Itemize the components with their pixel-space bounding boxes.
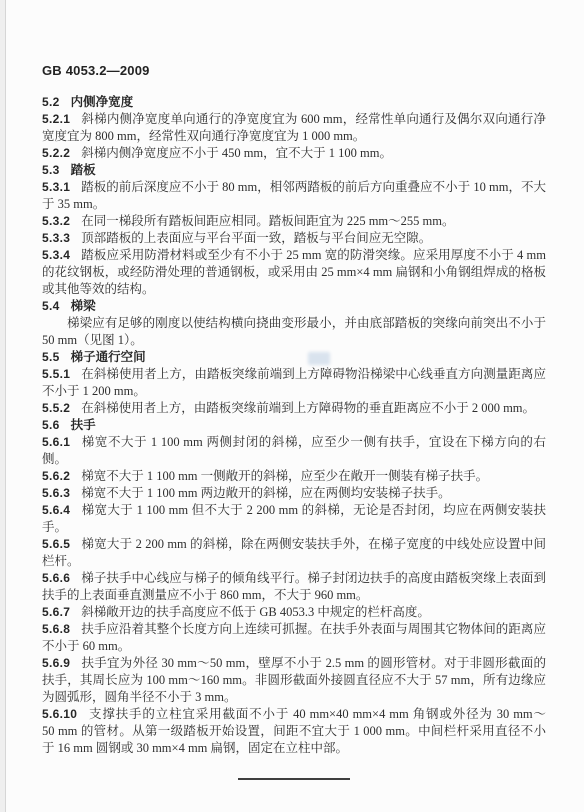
clause-number: 5.3.1 bbox=[42, 180, 70, 194]
clause-number: 5.6.10 bbox=[42, 707, 77, 721]
section-heading: 5.4梯梁 bbox=[42, 298, 546, 315]
clause: 5.6.8扶手应沿着其整个长度方向上连续可抓握。在扶手外表面与周围其它物体间的距… bbox=[42, 621, 546, 655]
paragraph: 梯梁应有足够的刚度以使结构横向挠曲变形最小，并由底部踏板的突缘向前突出不小于 5… bbox=[42, 315, 546, 349]
end-of-document-rule bbox=[238, 778, 350, 780]
clause: 5.2.1斜梯内侧净宽度单向通行的净宽度宜为 600 mm，经常性单向通行及偶尔… bbox=[42, 111, 546, 145]
clause: 5.6.7斜梯敞开边的扶手高度应不低于 GB 4053.3 中规定的栏杆高度。 bbox=[42, 604, 546, 621]
section-heading: 5.6扶手 bbox=[42, 417, 546, 434]
section-title: 梯子通行空间 bbox=[71, 350, 146, 364]
clause: 5.6.3梯宽不大于 1 100 mm 两边敞开的斜梯，应在两侧均安装梯子扶手。 bbox=[42, 485, 546, 502]
paragraph-text: 梯梁应有足够的刚度以使结构横向挠曲变形最小，并由底部踏板的突缘向前突出不小于 5… bbox=[42, 316, 546, 347]
clause: 5.5.2在斜梯使用者上方，由踏板突缘前端到上方障碍物的垂直距离应不小于 2 0… bbox=[42, 400, 546, 417]
clause-text: 梯宽大于 1 100 mm 但不大于 2 200 mm 的斜梯，无论是否封闭，均… bbox=[42, 503, 546, 534]
clause-number: 5.6.7 bbox=[42, 605, 70, 619]
clause-number: 5.5.2 bbox=[42, 401, 70, 415]
scan-edge bbox=[0, 0, 6, 812]
clause-text: 支撑扶手的立柱宜采用截面不小于 40 mm×40 mm×4 mm 角钢或外径为 … bbox=[42, 707, 546, 755]
clause: 5.6.2梯宽不大于 1 100 mm 一侧敞开的斜梯，应至少在敞开一侧装有梯子… bbox=[42, 468, 546, 485]
section-number: 5.6 bbox=[42, 418, 60, 432]
clause-number: 5.6.9 bbox=[42, 656, 70, 670]
clauses-container: 5.2内侧净宽度5.2.1斜梯内侧净宽度单向通行的净宽度宜为 600 mm，经常… bbox=[42, 94, 546, 757]
clause-text: 踏板应采用防滑材料或至少有不小于 25 mm 宽的防滑突缘。应采用厚度不小于 4… bbox=[42, 248, 546, 296]
clause-text: 在斜梯使用者上方，由踏板突缘前端到上方障碍物沿梯梁中心线垂直方向测量距离应不小于… bbox=[42, 367, 546, 398]
clause-text: 扶手应沿着其整个长度方向上连续可抓握。在扶手外表面与周围其它物体间的距离应不小于… bbox=[42, 622, 546, 653]
clause: 5.6.5梯宽大于 2 200 mm 的斜梯，除在两侧安装扶手外，在梯子宽度的中… bbox=[42, 536, 546, 570]
clause: 5.3.2在同一梯段所有踏板间距应相同。踏板间距宜为 225 mm～255 mm… bbox=[42, 213, 546, 230]
clause: 5.3.1踏板的前后深度应不小于 80 mm，相邻两踏板的前后方向重叠应不小于 … bbox=[42, 179, 546, 213]
page-content: GB 4053.2—2009 5.2内侧净宽度5.2.1斜梯内侧净宽度单向通行的… bbox=[42, 62, 546, 780]
clause-text: 梯宽不大于 1 100 mm 两侧封闭的斜梯，应至少一侧有扶手，宜设在下梯方向的… bbox=[42, 435, 546, 466]
clause: 5.6.1梯宽不大于 1 100 mm 两侧封闭的斜梯，应至少一侧有扶手，宜设在… bbox=[42, 434, 546, 468]
clause-text: 顶部踏板的上表面应与平台平面一致，踏板与平台间应无空隙。 bbox=[81, 231, 431, 245]
clause-number: 5.6.2 bbox=[42, 469, 70, 483]
clause-text: 斜梯内侧净宽度单向通行的净宽度宜为 600 mm，经常性单向通行及偶尔双向通行净… bbox=[42, 112, 546, 143]
clause-text: 斜梯敞开边的扶手高度应不低于 GB 4053.3 中规定的栏杆高度。 bbox=[81, 605, 430, 619]
clause-number: 5.6.4 bbox=[42, 503, 70, 517]
clause-number: 5.3.2 bbox=[42, 214, 70, 228]
section-number: 5.2 bbox=[42, 95, 60, 109]
clause-text: 在同一梯段所有踏板间距应相同。踏板间距宜为 225 mm～255 mm。 bbox=[81, 214, 454, 228]
clause: 5.3.4踏板应采用防滑材料或至少有不小于 25 mm 宽的防滑突缘。应采用厚度… bbox=[42, 247, 546, 298]
section-title: 踏板 bbox=[71, 163, 96, 177]
clause: 5.2.2斜梯内侧净宽度应不小于 450 mm，宜不大于 1 100 mm。 bbox=[42, 145, 546, 162]
clause-text: 梯宽不大于 1 100 mm 两边敞开的斜梯，应在两侧均安装梯子扶手。 bbox=[81, 486, 450, 500]
section-heading: 5.2内侧净宽度 bbox=[42, 94, 546, 111]
document-page: GB 4053.2—2009 5.2内侧净宽度5.2.1斜梯内侧净宽度单向通行的… bbox=[0, 0, 584, 812]
clause: 5.6.6梯子扶手中心线应与梯子的倾角线平行。梯子封闭边扶手的高度由踏板突缘上表… bbox=[42, 570, 546, 604]
section-heading: 5.5梯子通行空间 bbox=[42, 349, 546, 366]
clause-number: 5.6.6 bbox=[42, 571, 70, 585]
clause-number: 5.3.3 bbox=[42, 231, 70, 245]
clause-text: 梯宽不大于 1 100 mm 一侧敞开的斜梯，应至少在敞开一侧装有梯子扶手。 bbox=[81, 469, 488, 483]
clause-number: 5.5.1 bbox=[42, 367, 70, 381]
section-number: 5.4 bbox=[42, 299, 60, 313]
section-heading: 5.3踏板 bbox=[42, 162, 546, 179]
section-number: 5.3 bbox=[42, 163, 60, 177]
clause-text: 踏板的前后深度应不小于 80 mm，相邻两踏板的前后方向重叠应不小于 10 mm… bbox=[42, 180, 546, 211]
clause-number: 5.2.2 bbox=[42, 146, 70, 160]
clause-number: 5.6.3 bbox=[42, 486, 70, 500]
clause-number: 5.6.5 bbox=[42, 537, 70, 551]
clause: 5.5.1在斜梯使用者上方，由踏板突缘前端到上方障碍物沿梯梁中心线垂直方向测量距… bbox=[42, 366, 546, 400]
section-title: 内侧净宽度 bbox=[71, 95, 134, 109]
clause: 5.3.3顶部踏板的上表面应与平台平面一致，踏板与平台间应无空隙。 bbox=[42, 230, 546, 247]
section-title: 梯梁 bbox=[71, 299, 96, 313]
clause: 5.6.10支撑扶手的立柱宜采用截面不小于 40 mm×40 mm×4 mm 角… bbox=[42, 706, 546, 757]
clause-text: 斜梯内侧净宽度应不小于 450 mm，宜不大于 1 100 mm。 bbox=[81, 146, 392, 160]
clause-number: 5.6.1 bbox=[42, 435, 70, 449]
clause-number: 5.3.4 bbox=[42, 248, 70, 262]
clause: 5.6.4梯宽大于 1 100 mm 但不大于 2 200 mm 的斜梯，无论是… bbox=[42, 502, 546, 536]
clause-text: 梯子扶手中心线应与梯子的倾角线平行。梯子封闭边扶手的高度由踏板突缘上表面到扶手的… bbox=[42, 571, 546, 602]
clause-number: 5.6.8 bbox=[42, 622, 70, 636]
standard-number: GB 4053.2—2009 bbox=[42, 62, 546, 79]
clause: 5.6.9扶手宜为外径 30 mm～50 mm，壁厚不小于 2.5 mm 的圆形… bbox=[42, 655, 546, 706]
clause-text: 在斜梯使用者上方，由踏板突缘前端到上方障碍物的垂直距离应不小于 2 000 mm… bbox=[81, 401, 535, 415]
clause-number: 5.2.1 bbox=[42, 112, 70, 126]
clause-text: 梯宽大于 2 200 mm 的斜梯，除在两侧安装扶手外，在梯子宽度的中线处应设置… bbox=[42, 537, 546, 568]
clause-text: 扶手宜为外径 30 mm～50 mm，壁厚不小于 2.5 mm 的圆形管材。对于… bbox=[42, 656, 546, 704]
section-number: 5.5 bbox=[42, 350, 60, 364]
section-title: 扶手 bbox=[71, 418, 96, 432]
